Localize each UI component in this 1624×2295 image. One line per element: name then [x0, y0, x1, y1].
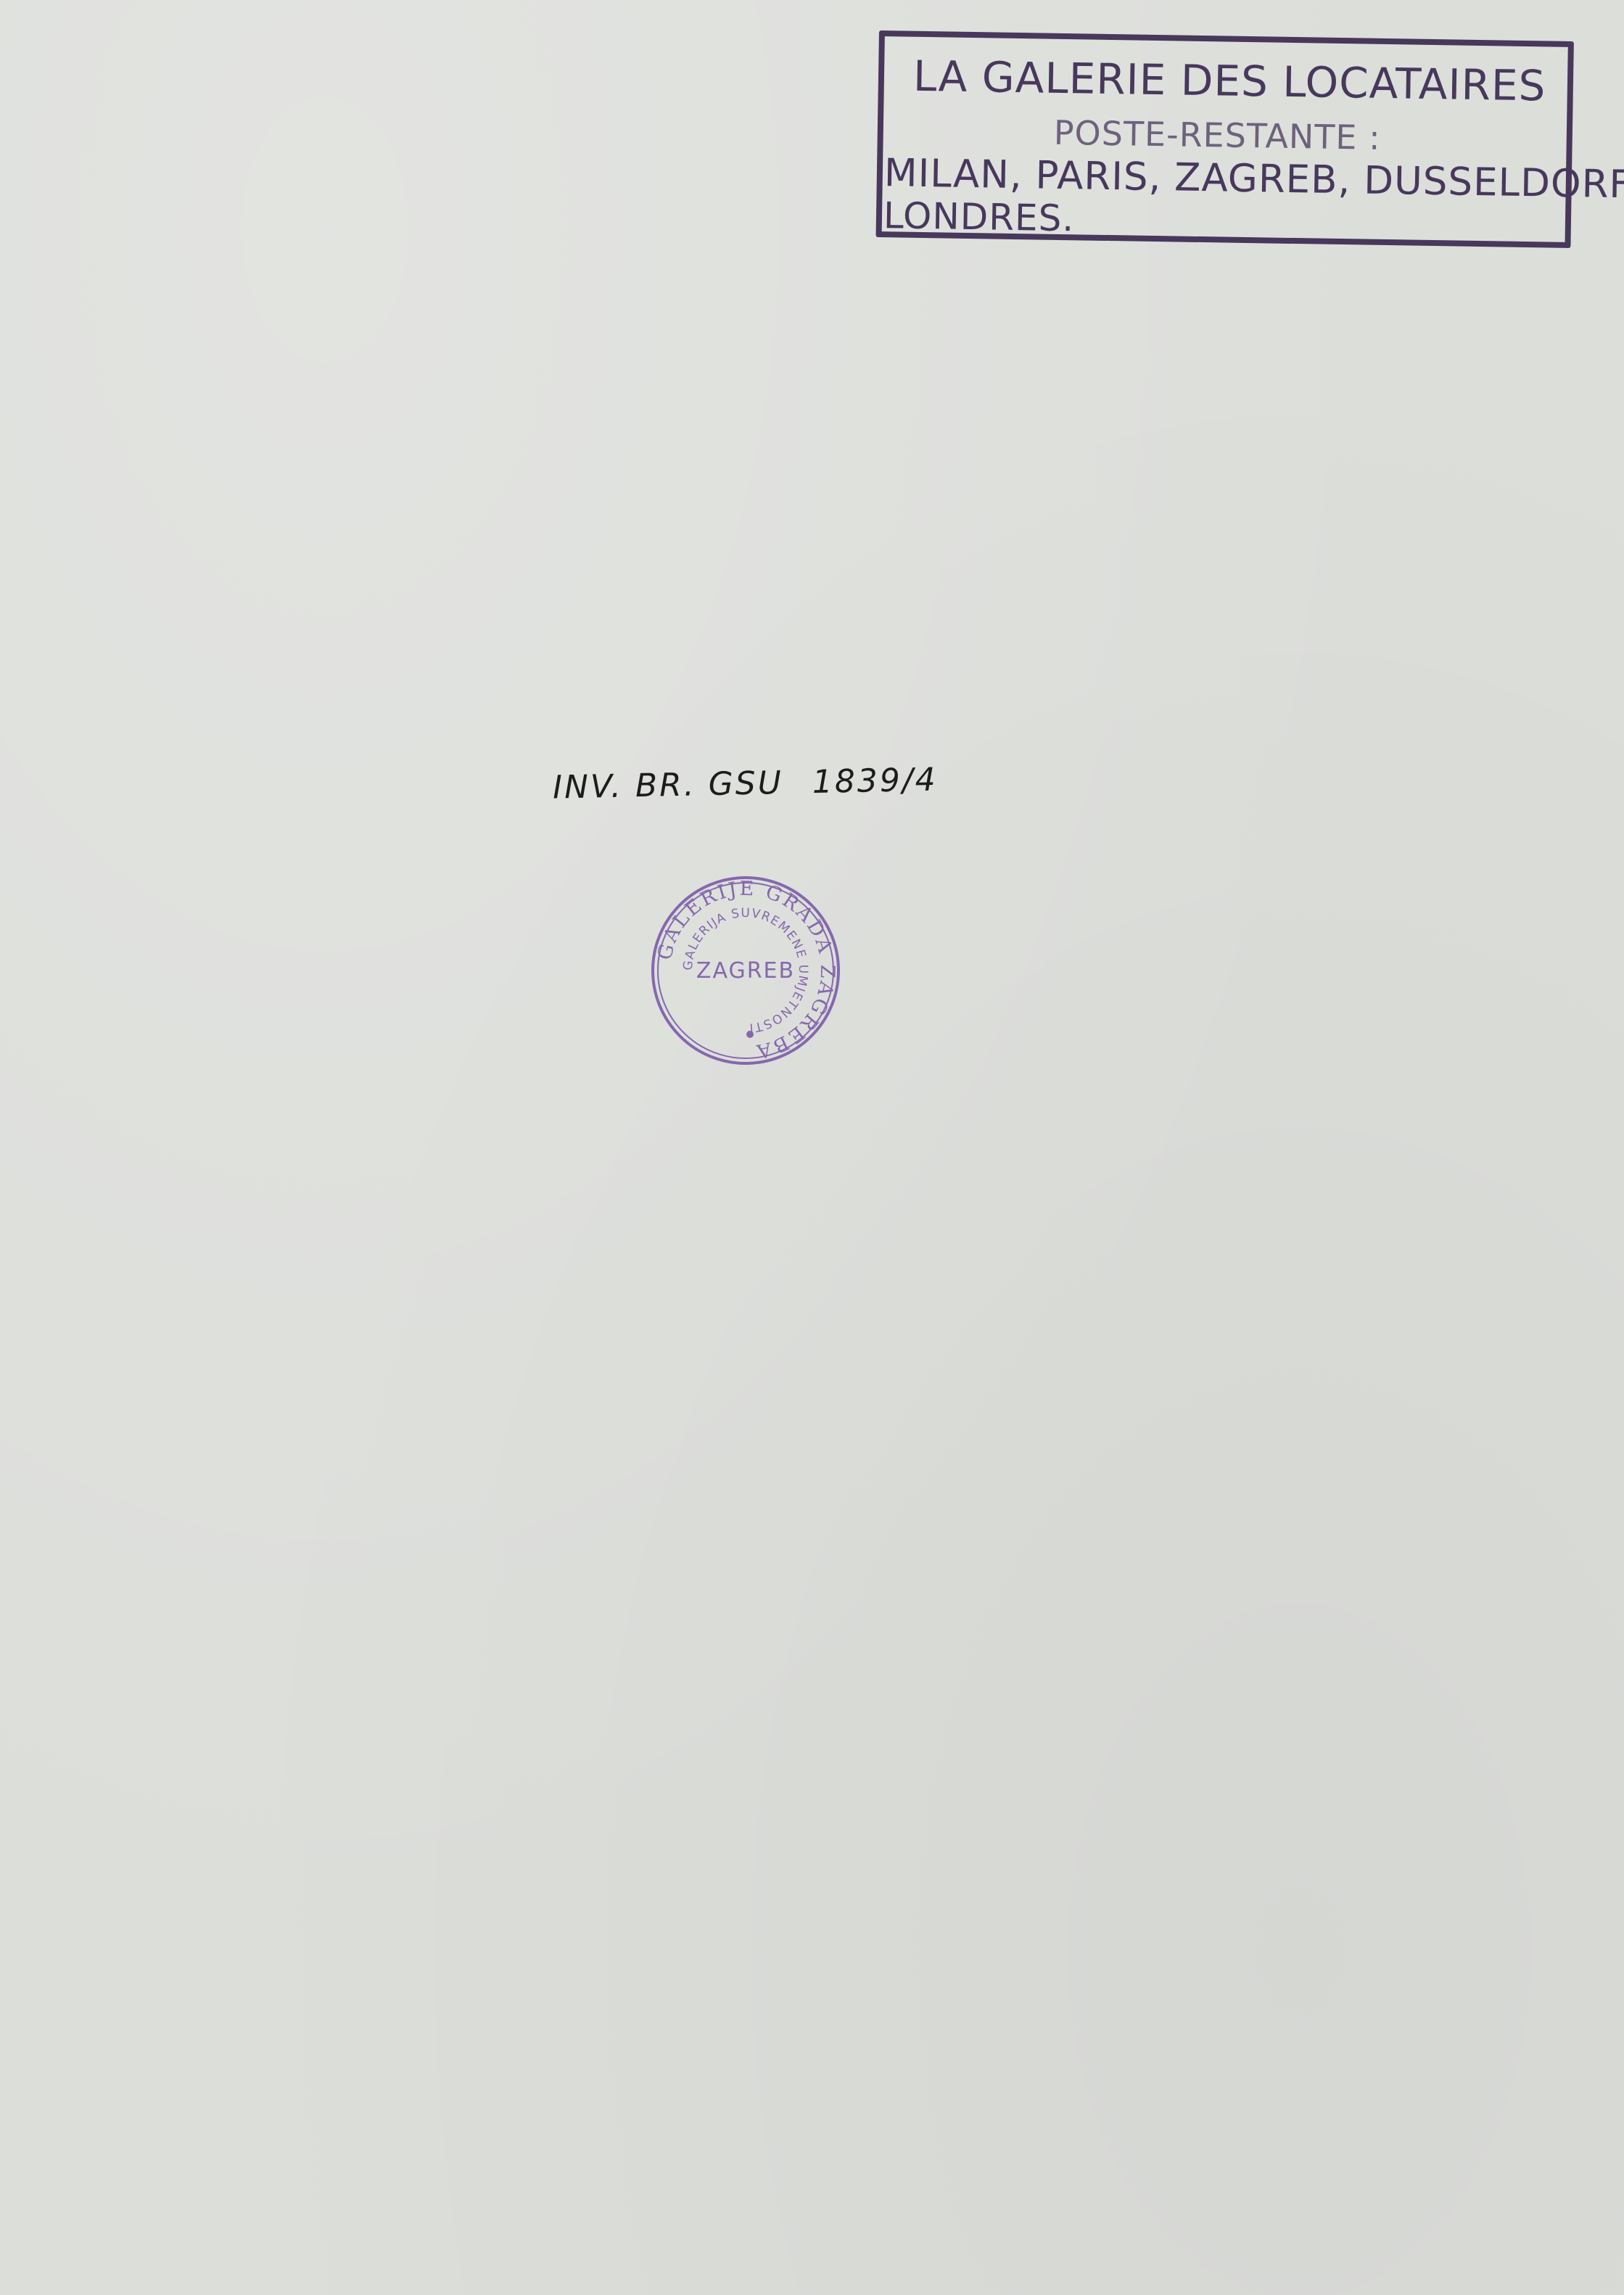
stamp-gallery-name: LA GALERIE DES LOCATAIRES — [912, 51, 1546, 111]
round-stamp-dot — [746, 1031, 754, 1038]
inventory-value: 1839/4 — [812, 761, 938, 801]
inventory-prefix: INV. BR. GSU — [553, 765, 784, 807]
round-stamp-center-text: ZAGREB — [696, 958, 795, 984]
gallery-address-stamp: LA GALERIE DES LOCATAIRES POSTE-RESTANTE… — [876, 30, 1574, 248]
inventory-number: INV. BR. GSU1839/4 — [553, 761, 939, 806]
round-stamp-graphic: GALERIJE GRADA ZAGREBA GALERIJA SUVREMEN… — [650, 875, 841, 1066]
stamp-cities-continued: LONDRES. — [883, 194, 1075, 239]
stamp-poste-restante: POSTE-RESTANTE : — [1053, 113, 1381, 157]
museum-round-stamp: GALERIJE GRADA ZAGREBA GALERIJA SUVREMEN… — [650, 875, 841, 1066]
